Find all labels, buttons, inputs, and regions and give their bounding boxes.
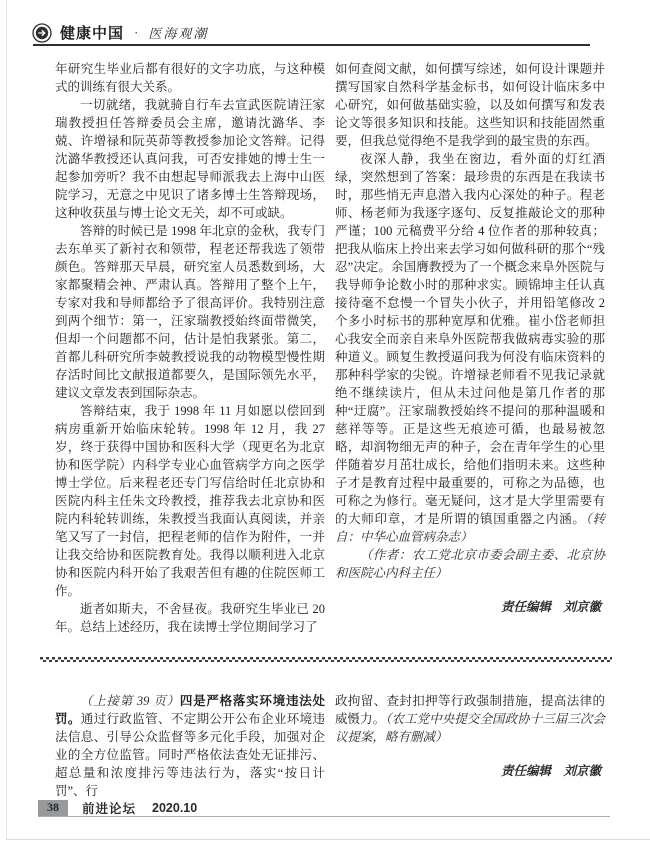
page-edge-left [6,0,7,840]
column-title: 医海观潮 [148,23,208,42]
paragraph: 一切就绪，我就骑自行车去宣武医院请汪家瑞教授担任答辩委员会主席，邀请沈潞华、李兢… [55,96,325,222]
text-segment: 年研究生毕业后都有很好的文字功底，与这种模式的训练有很大关系。 [55,62,325,94]
editor-credit: 责任编辑 刘京徽 [335,598,605,616]
appendix-right-column: 政拘留、查封扣押等行政强制措施，提高法律的威慑力。（农工党中央提交全国政协十三届… [335,692,605,800]
journal-name: 前进论坛 [82,799,136,817]
page-number-badge: 38 [38,800,68,816]
text-segment: 一切就绪，我就骑自行车去宣武医院请汪家瑞教授担任答辩委员会主席，邀请沈潞华、李兢… [55,98,325,220]
text-segment: 逝者如斯夫，不舍昼夜。我研究生毕业已 20 年。总结上述经历，我在读博士学位期间… [55,602,325,634]
magazine-page: 健康中国 · 医海观潮 年研究生毕业后都有很好的文字功底，与这种模式的训练有很大… [0,0,650,844]
text-segment: 通过行政监管、不定期公开公布企业环境违法信息、引导公众监督等多元化手段，加强对企… [55,712,325,798]
page-header: 健康中国 · 医海观潮 [32,22,592,46]
article-right-column: 如何查阅文献，如何撰写综述，如何设计课题并撰写国家自然科学基金标书，如何设计临床… [335,60,605,636]
editor-credit: 责任编辑 刘京徽 [335,762,605,780]
paragraph: 夜深人静，我坐在窗边，看外面的灯红酒绿，突然想到了答案：最珍贵的东西是在我读书时… [335,150,605,546]
text-segment: （作者：农工党北京市委会副主委、北京协和医院心内科主任） [335,548,605,580]
page-footer: 38 前进论坛 2020.10 [38,800,610,817]
appendix-left-column: （上接第 39 页）四是严格落实环境违法处罚。通过行政监管、不定期公开公布企业环… [55,692,325,800]
text-segment: 答辩的时候已是 1998 年北京的金秋，我专门去东单买了新衬衣和领带，程老还帮我… [55,224,325,400]
paragraph: 如何查阅文献，如何撰写综述，如何设计课题并撰写国家自然科学基金标书，如何设计临床… [335,60,605,150]
header-rule [33,44,590,46]
title-separator: · [134,25,138,41]
text-segment: 责任编辑 刘京徽 [501,764,601,778]
paragraph: 年研究生毕业后都有很好的文字功底，与这种模式的训练有很大关系。 [55,60,325,96]
text-segment: 答辩结束，我于 1998 年 11 月如愿以偿回到病房重新开始临床轮转。1998… [55,404,325,598]
article-left-column: 年研究生毕业后都有很好的文字功底，与这种模式的训练有很大关系。一切就绪，我就骑自… [55,60,325,636]
text-segment: （上接第 39 页） [80,694,180,708]
paragraph: （作者：农工党北京市委会副主委、北京协和医院心内科主任） [335,546,605,582]
page-edge-bottom [6,839,650,840]
paragraph: 答辩的时候已是 1998 年北京的金秋，我专门去东单买了新衬衣和领带，程老还帮我… [55,222,325,402]
paragraph: 答辩结束，我于 1998 年 11 月如愿以偿回到病房重新开始临床轮转。1998… [55,402,325,600]
text-segment: 责任编辑 刘京徽 [501,600,601,614]
paragraph: 逝者如斯夫，不舍昼夜。我研究生毕业已 20 年。总结上述经历，我在读博士学位期间… [55,600,325,636]
issue-date: 2020.10 [152,801,197,815]
text-segment: 夜深人静，我坐在窗边，看外面的灯红酒绿，突然想到了答案：最珍贵的东西是在我读书时… [335,152,605,526]
paragraph: （上接第 39 页）四是严格落实环境违法处罚。通过行政监管、不定期公开公布企业环… [55,692,325,800]
paragraph: 政拘留、查封扣押等行政强制措施，提高法律的威慑力。（农工党中央提交全国政协十三届… [335,692,605,746]
section-title: 健康中国 [60,22,124,43]
circled-arrow-icon [32,23,52,43]
section-divider [40,657,612,662]
appendix-article: （上接第 39 页）四是严格落实环境违法处罚。通过行政监管、不定期公开公布企业环… [55,692,605,800]
text-segment: 如何查阅文献，如何撰写综述，如何设计课题并撰写国家自然科学基金标书，如何设计临床… [335,62,605,148]
main-article: 年研究生毕业后都有很好的文字功底，与这种模式的训练有很大关系。一切就绪，我就骑自… [55,60,605,636]
